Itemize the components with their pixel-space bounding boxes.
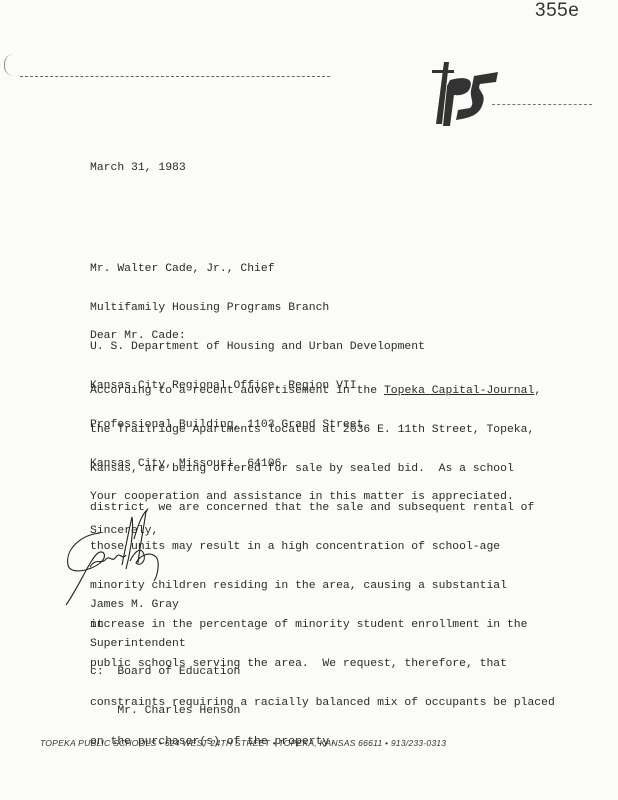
cc-line: c: Board of Education (90, 666, 240, 679)
tps-logo-icon (430, 62, 500, 142)
publication-name: Topeka Capital-Journal (384, 385, 534, 397)
typist-initials: nt (90, 619, 104, 632)
body-line: According to a recent advertisement in t… (90, 385, 555, 398)
address-line: Mr. Walter Cade, Jr., Chief (90, 263, 425, 276)
cc-recipient: Board of Education (117, 666, 240, 678)
cc-recipient: Mr. Charles Henson (117, 705, 240, 717)
letterhead-rule (20, 76, 330, 77)
left-margin-mark (4, 54, 15, 76)
cc-line: Mr. Charles Henson (90, 705, 240, 718)
cc-block: c: Board of Education Mr. Charles Henson (90, 640, 240, 731)
signer-name: James M. Gray (90, 599, 186, 612)
letterhead-rule-right (492, 104, 592, 105)
letter-date: March 31, 1983 (90, 162, 186, 175)
body-line: the Trailridge Apartments located at 203… (90, 424, 555, 437)
letterhead-footer: TOPEKA PUBLIC SCHOOLS • 624 WEST 24TH ST… (40, 738, 446, 748)
salutation: Dear Mr. Cade: (90, 330, 186, 343)
address-line: Multifamily Housing Programs Branch (90, 302, 425, 315)
body-text-fragment: , (534, 385, 541, 397)
body-text-fragment: According to a recent advertisement in t… (90, 385, 384, 397)
body-line: Kansas, are being offered for sale by se… (90, 463, 555, 476)
closing-paragraph: Your cooperation and assistance in this … (90, 491, 514, 504)
cc-label: c: (90, 666, 104, 678)
page-number: 355e (535, 0, 579, 22)
